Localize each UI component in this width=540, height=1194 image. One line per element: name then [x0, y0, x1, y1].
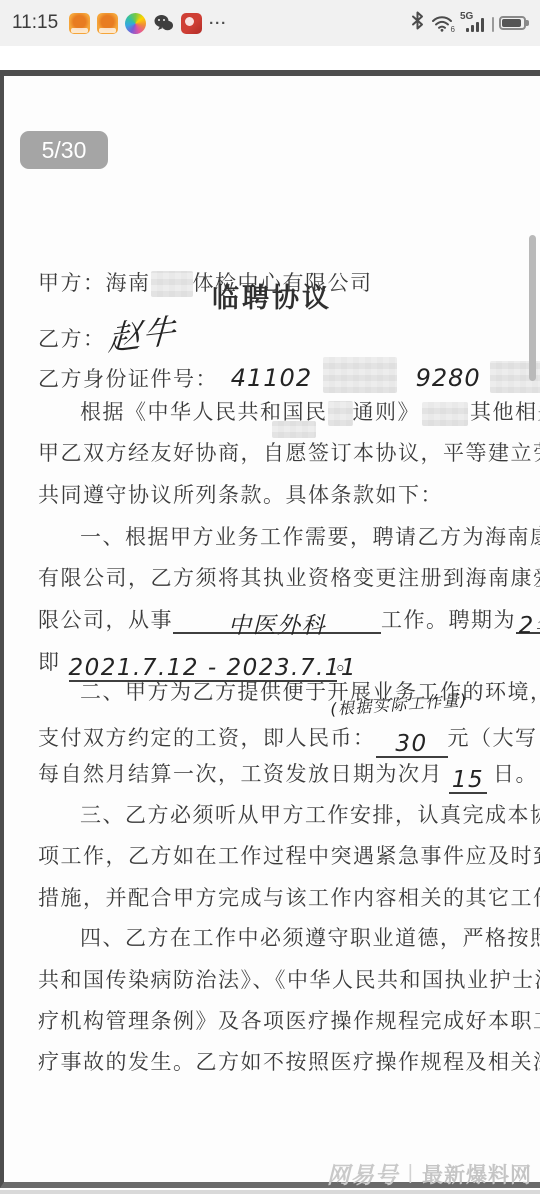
clause4-line-3: 疗机构管理条例》及各项医疗操作规程完成好本职工作，避免医	[38, 1005, 540, 1035]
clause3-line-2: 项工作，乙方如在工作过程中突遇紧急事件应及时到位采取相应	[38, 840, 540, 870]
photos-app-icon	[125, 13, 146, 34]
cellular-signal-icon: 5G	[460, 12, 492, 34]
clause1-line-3: 限公司，从事中医外科工作。聘期为2年，	[38, 604, 540, 634]
party-b-line: 乙方：赵牛	[38, 309, 540, 356]
clause3-line-1: 三、乙方必须听从甲方工作安排，认真完成本协议规定的各	[38, 799, 540, 829]
party-b-signature: 赵牛	[107, 304, 178, 360]
clause1-line-1: 一、根据甲方业务工作需要，聘请乙方为海南康爱体检中心	[38, 521, 540, 551]
party-a-name: 体检中心有限公司	[193, 271, 373, 295]
intro-line-2: 甲乙双方经友好协商，自愿签订本协议，平等建立劳务关系，并	[38, 437, 540, 467]
department-fill: 中医外科	[173, 607, 381, 634]
clause4-line-4: 疗事故的发生。乙方如不按照医疗操作规程及相关法律、法规进	[38, 1046, 540, 1076]
term-fill: 2年	[516, 607, 540, 634]
clause1-period: 。	[337, 650, 360, 674]
netease-logo: 网易号	[327, 1157, 399, 1190]
notification-app-icon-1	[69, 13, 90, 34]
clause2-text-c: 每自然月结算一次，工资发放日期为次月	[38, 762, 443, 786]
scrollbar[interactable]	[529, 235, 536, 381]
clause1-text-a: 限公司，从事	[38, 608, 173, 632]
clause4-line-2: 共和国传染病防治法》、《中华人民共和国执业护士法》、《医	[38, 964, 540, 994]
watermark: 网易号 | 最新爆料网	[327, 1157, 532, 1190]
clause2-text-a: 支付双方约定的工资，即人民币：	[38, 726, 376, 750]
clause2-text-d: 日。	[493, 762, 538, 786]
status-bar-left: 11:15 ···	[12, 12, 227, 34]
intro-line-3: 共同遵守协议所列条款。具体条款如下：	[38, 479, 540, 509]
notification-app-icon-2	[97, 13, 118, 34]
intro-text-b: 通则》	[353, 400, 421, 424]
redaction-patch	[328, 401, 353, 426]
clock: 11:15	[12, 12, 58, 34]
amount-fill: 30	[376, 731, 448, 758]
party-a-line: 甲方：海南体检中心有限公司	[38, 267, 540, 297]
document-photo[interactable]: 临聘协议 甲方：海南体检中心有限公司 乙方：赵牛 乙方身份证件号： 41102 …	[0, 70, 540, 1188]
party-b-label: 乙方：	[38, 327, 106, 351]
redaction-patch	[272, 421, 316, 438]
clause1-line-2: 有限公司，乙方须将其执业资格变更注册到海南康爱体检中心有	[38, 562, 540, 592]
wifi-icon: 6	[431, 15, 453, 32]
watermark-divider: |	[408, 1162, 413, 1185]
bluetooth-icon	[411, 11, 424, 35]
id-number-line: 乙方身份证件号： 41102 9280	[38, 357, 540, 393]
wechat-icon	[153, 13, 174, 34]
redaction-patch	[151, 271, 193, 297]
more-notifications-icon: ···	[209, 15, 227, 32]
wifi6-badge: 6	[451, 25, 455, 34]
clause1-date-label: 即	[38, 650, 61, 674]
watermark-site-name: 最新爆料网	[422, 1159, 532, 1189]
redaction-patch	[422, 402, 468, 426]
term-handwritten: 2年	[519, 613, 540, 639]
id-handwritten-1: 41102	[231, 364, 312, 392]
id-handwritten-2: 9280	[416, 364, 481, 392]
id-label: 乙方身份证件号：	[38, 367, 218, 391]
page-indicator-badge: 5/30	[20, 131, 108, 169]
notification-app-icon-3	[181, 13, 202, 34]
phone-screen: 11:15 ···	[0, 0, 540, 1194]
intro-text-c: 其他相关法律、法规	[470, 400, 540, 424]
sim2-signal-icon	[492, 17, 494, 32]
status-bar-right: 6 5G	[411, 11, 526, 35]
amount-handwritten: 30	[395, 731, 427, 757]
payday-handwritten: 15	[452, 767, 484, 793]
payday-fill: 15	[449, 767, 487, 794]
clause1-text-b: 工作。聘期为	[381, 608, 516, 632]
department-handwritten: 中医外科	[228, 613, 326, 639]
party-a-label: 甲方：海南	[38, 271, 151, 295]
redaction-patch	[323, 357, 397, 393]
bottom-strip	[0, 1190, 540, 1194]
clause2-line-2: (根据实际工作量) 支付双方约定的工资，即人民币：30元（大写：叁佰圆	[38, 717, 540, 758]
clause4-line-1: 四、乙方在工作中必须遵守职业道德，严格按照《中华人民	[38, 922, 540, 952]
status-bar: 11:15 ···	[0, 0, 540, 46]
clause2-line-3: 每自然月结算一次，工资发放日期为次月15日。	[38, 758, 540, 794]
clause3-line-3: 措施，并配合甲方完成与该工作内容相关的其它工作。	[38, 882, 540, 912]
signal-bars	[466, 18, 484, 32]
clause2-text-b: 元（大写：	[448, 726, 540, 750]
battery-icon	[499, 16, 526, 30]
